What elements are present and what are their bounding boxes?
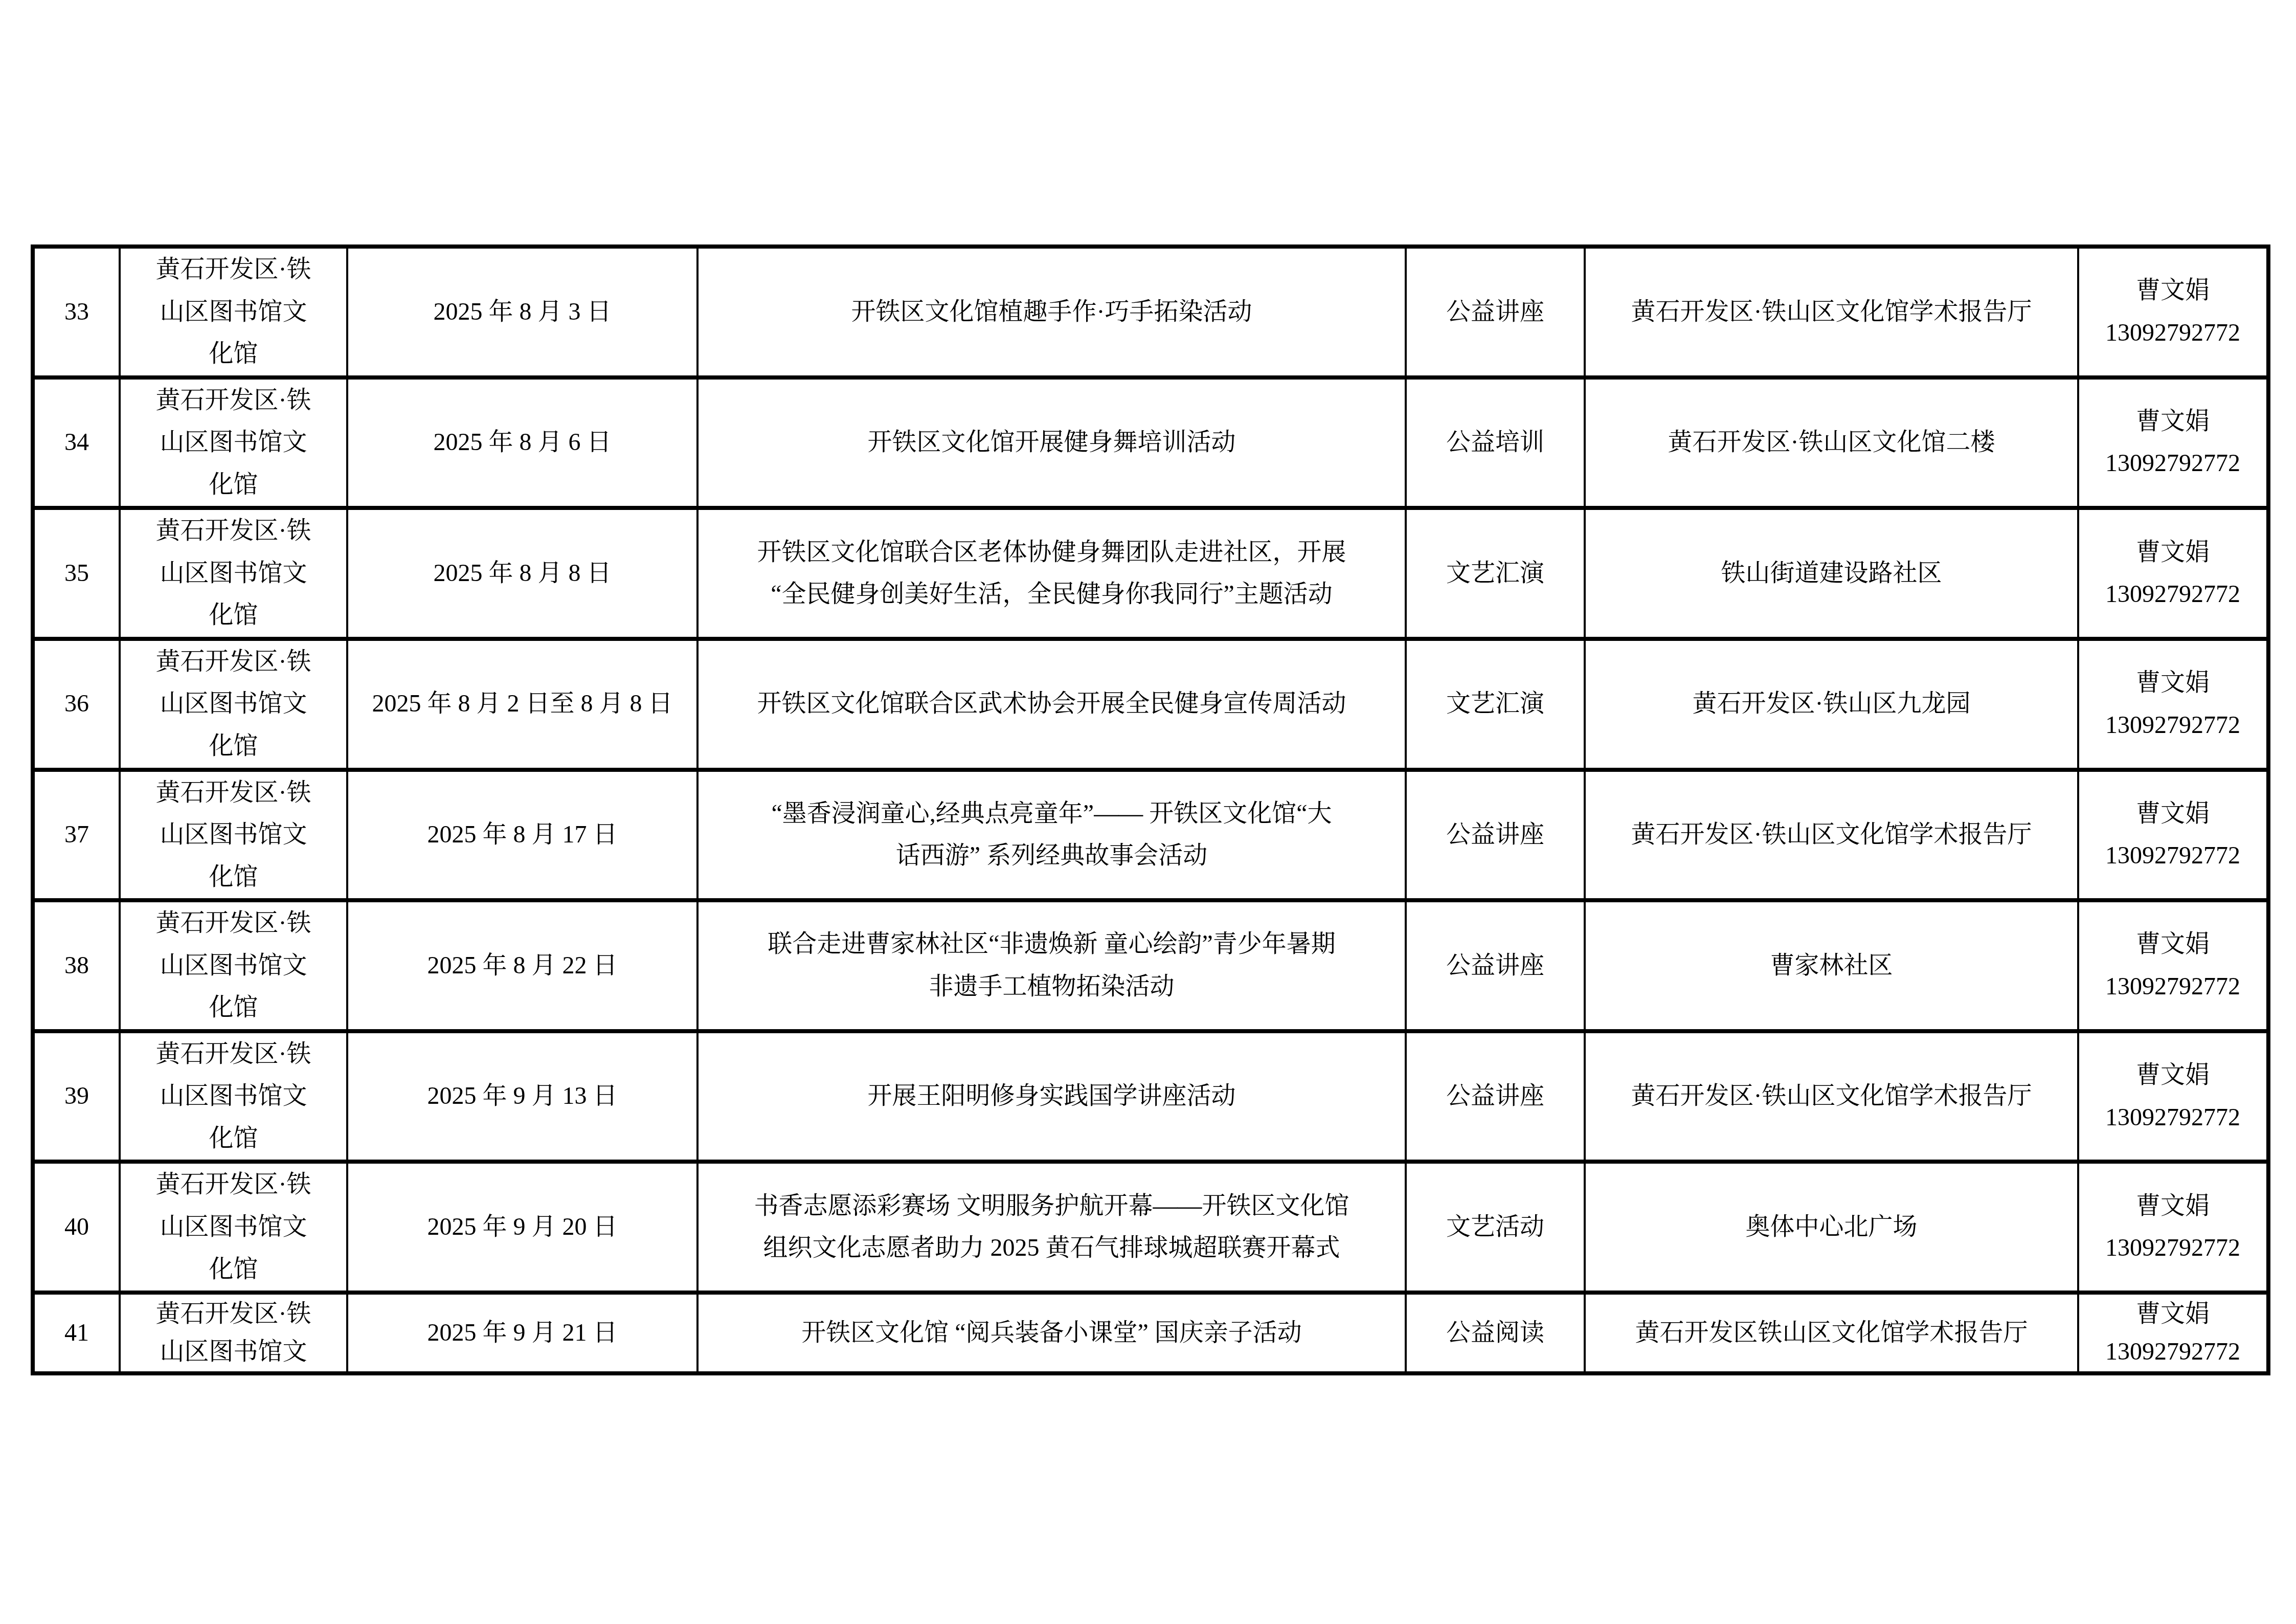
cell-organization: 黄石开发区·铁 山区图书馆文 化馆 — [120, 1031, 347, 1162]
cell-contact: 曹文娟 13092792772 — [2078, 1031, 2268, 1162]
cell-organization: 黄石开发区·铁 山区图书馆文 化馆 — [120, 770, 347, 901]
cell-date: 2025 年 9 月 20 日 — [347, 1162, 697, 1293]
table-row: 35 黄石开发区·铁 山区图书馆文 化馆 2025 年 8 月 8 日 开铁区文… — [33, 508, 2268, 639]
cell-activity-type: 公益阅读 — [1406, 1293, 1585, 1373]
table-row: 39 黄石开发区·铁 山区图书馆文 化馆 2025 年 9 月 13 日 开展王… — [33, 1031, 2268, 1162]
cell-organization: 黄石开发区·铁 山区图书馆文 化馆 — [120, 900, 347, 1031]
cell-organization: 黄石开发区·铁 山区图书馆文 化馆 — [120, 1162, 347, 1293]
cell-activity-type: 公益讲座 — [1406, 900, 1585, 1031]
cell-row-number: 35 — [33, 508, 120, 639]
cell-row-number: 37 — [33, 770, 120, 901]
cell-organization: 黄石开发区·铁 山区图书馆文 化馆 — [120, 377, 347, 508]
cell-activity-name: 开展王阳明修身实践国学讲座活动 — [697, 1031, 1406, 1162]
table-row: 36 黄石开发区·铁 山区图书馆文 化馆 2025 年 8 月 2 日至 8 月… — [33, 639, 2268, 770]
cell-location: 曹家林社区 — [1585, 900, 2078, 1031]
cell-organization: 黄石开发区·铁 山区图书馆文 — [120, 1293, 347, 1373]
cell-row-number: 39 — [33, 1031, 120, 1162]
cell-contact: 曹文娟 13092792772 — [2078, 639, 2268, 770]
cell-organization: 黄石开发区·铁 山区图书馆文 化馆 — [120, 247, 347, 377]
cell-row-number: 38 — [33, 900, 120, 1031]
cell-date: 2025 年 9 月 13 日 — [347, 1031, 697, 1162]
cell-activity-type: 文艺汇演 — [1406, 508, 1585, 639]
cell-activity-type: 文艺活动 — [1406, 1162, 1585, 1293]
cell-activity-name: 联合走进曹家林社区“非遗焕新 童心绘韵”青少年暑期 非遗手工植物拓染活动 — [697, 900, 1406, 1031]
cell-activity-name: 开铁区文化馆联合区老体协健身舞团队走进社区，开展 “全民健身创美好生活，全民健身… — [697, 508, 1406, 639]
table-row: 40 黄石开发区·铁 山区图书馆文 化馆 2025 年 9 月 20 日 书香志… — [33, 1162, 2268, 1293]
cell-contact: 曹文娟 13092792772 — [2078, 377, 2268, 508]
table-row: 41 黄石开发区·铁 山区图书馆文 2025 年 9 月 21 日 开铁区文化馆… — [33, 1293, 2268, 1373]
cell-activity-type: 公益讲座 — [1406, 770, 1585, 901]
cell-row-number: 33 — [33, 247, 120, 377]
cell-contact: 曹文娟 13092792772 — [2078, 508, 2268, 639]
cell-location: 黄石开发区·铁山区文化馆二楼 — [1585, 377, 2078, 508]
cell-date: 2025 年 8 月 6 日 — [347, 377, 697, 508]
cell-location: 奥体中心北广场 — [1585, 1162, 2078, 1293]
cell-contact: 曹文娟 13092792772 — [2078, 1293, 2268, 1373]
cell-location: 黄石开发区·铁山区文化馆学术报告厅 — [1585, 770, 2078, 901]
cell-activity-type: 公益培训 — [1406, 377, 1585, 508]
cell-location: 黄石开发区·铁山区九龙园 — [1585, 639, 2078, 770]
cell-row-number: 41 — [33, 1293, 120, 1373]
cell-date: 2025 年 8 月 17 日 — [347, 770, 697, 901]
cell-location: 铁山街道建设路社区 — [1585, 508, 2078, 639]
cell-activity-name: “墨香浸润童心,经典点亮童年”—— 开铁区文化馆“大 话西游” 系列经典故事会活… — [697, 770, 1406, 901]
cell-location: 黄石开发区·铁山区文化馆学术报告厅 — [1585, 1031, 2078, 1162]
cell-row-number: 36 — [33, 639, 120, 770]
cell-location: 黄石开发区·铁山区文化馆学术报告厅 — [1585, 247, 2078, 377]
cell-activity-type: 公益讲座 — [1406, 1031, 1585, 1162]
document-page: 33 黄石开发区·铁 山区图书馆文 化馆 2025 年 8 月 3 日 开铁区文… — [0, 0, 2296, 1624]
cell-date: 2025 年 8 月 22 日 — [347, 900, 697, 1031]
cell-row-number: 40 — [33, 1162, 120, 1293]
activities-table: 33 黄石开发区·铁 山区图书馆文 化馆 2025 年 8 月 3 日 开铁区文… — [31, 244, 2270, 1375]
table-row: 34 黄石开发区·铁 山区图书馆文 化馆 2025 年 8 月 6 日 开铁区文… — [33, 377, 2268, 508]
table-row: 38 黄石开发区·铁 山区图书馆文 化馆 2025 年 8 月 22 日 联合走… — [33, 900, 2268, 1031]
cell-activity-type: 公益讲座 — [1406, 247, 1585, 377]
cell-activity-type: 文艺汇演 — [1406, 639, 1585, 770]
cell-date: 2025 年 8 月 2 日至 8 月 8 日 — [347, 639, 697, 770]
cell-organization: 黄石开发区·铁 山区图书馆文 化馆 — [120, 508, 347, 639]
cell-date: 2025 年 8 月 8 日 — [347, 508, 697, 639]
cell-organization: 黄石开发区·铁 山区图书馆文 化馆 — [120, 639, 347, 770]
cell-activity-name: 开铁区文化馆联合区武术协会开展全民健身宣传周活动 — [697, 639, 1406, 770]
cell-contact: 曹文娟 13092792772 — [2078, 1162, 2268, 1293]
cell-date: 2025 年 8 月 3 日 — [347, 247, 697, 377]
table-row: 33 黄石开发区·铁 山区图书馆文 化馆 2025 年 8 月 3 日 开铁区文… — [33, 247, 2268, 377]
table-row: 37 黄石开发区·铁 山区图书馆文 化馆 2025 年 8 月 17 日 “墨香… — [33, 770, 2268, 901]
cell-activity-name: 开铁区文化馆开展健身舞培训活动 — [697, 377, 1406, 508]
cell-activity-name: 书香志愿添彩赛场 文明服务护航开幕——开铁区文化馆 组织文化志愿者助力 2025… — [697, 1162, 1406, 1293]
cell-activity-name: 开铁区文化馆 “阅兵装备小课堂” 国庆亲子活动 — [697, 1293, 1406, 1373]
cell-contact: 曹文娟 13092792772 — [2078, 770, 2268, 901]
cell-contact: 曹文娟 13092792772 — [2078, 247, 2268, 377]
cell-location: 黄石开发区铁山区文化馆学术报告厅 — [1585, 1293, 2078, 1373]
cell-row-number: 34 — [33, 377, 120, 508]
cell-date: 2025 年 9 月 21 日 — [347, 1293, 697, 1373]
cell-contact: 曹文娟 13092792772 — [2078, 900, 2268, 1031]
cell-activity-name: 开铁区文化馆植趣手作·巧手拓染活动 — [697, 247, 1406, 377]
